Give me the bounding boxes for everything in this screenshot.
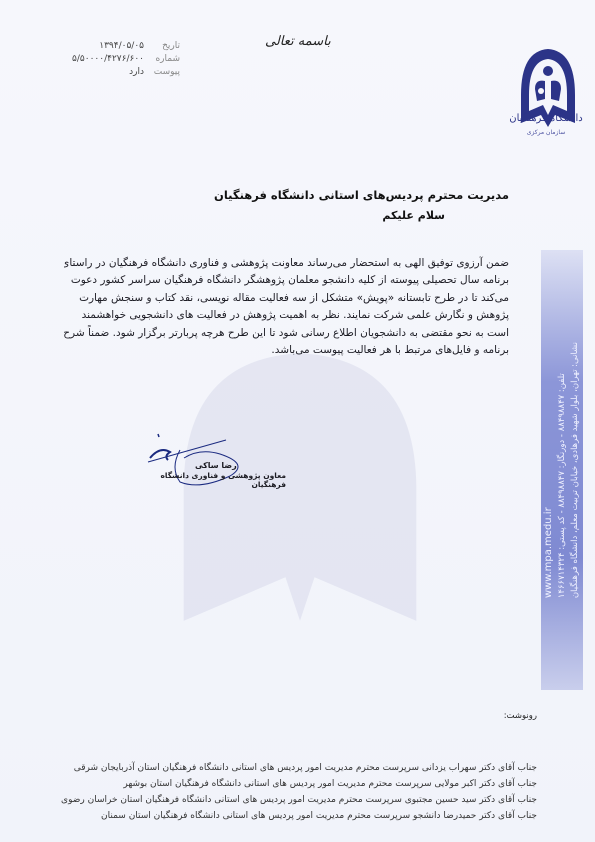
- body-line: پژوهش و نگارش علمی شرکت نمایند. نظر به ا…: [64, 307, 509, 324]
- body-line: برنامه و فایل‌های مرتبط با هر فعالیت پیو…: [64, 342, 509, 359]
- meta-attachment: پیوست دارد: [30, 66, 180, 79]
- greeting: سلام علیکم: [382, 209, 445, 222]
- meta-date: تاریخ ۱۳۹۴/۰۵/۰۵: [30, 40, 180, 53]
- body-line: است به نحو مقتضی به دانشجویان اطلاع رسان…: [64, 325, 509, 342]
- cc-label: رونوشت:: [504, 711, 537, 721]
- meta-date-value: ۱۳۹۴/۰۵/۰۵: [99, 40, 144, 53]
- cc-recipient: جناب آقای دکتر سید حسین مجتبوی سرپرست مح…: [37, 792, 537, 808]
- meta-number-value: ۵/۵۰۰۰۰/۴۲۷۶/۶۰۰: [72, 53, 144, 66]
- university-subtitle: سازمان مرکزی: [515, 129, 577, 136]
- university-name: دانشگاه فرهنگیان: [507, 113, 585, 124]
- signatory-title: معاون پژوهشی و فناوری دانشگاه فرهنگیان: [136, 471, 286, 489]
- cc-recipient: جناب آقای دکتر سهراب یزدانی سرپرست محترم…: [37, 760, 537, 776]
- side-address: نشانی: تهران، بلوار شهید فرهادی، خیابان …: [569, 342, 581, 598]
- meta-number-label: شماره: [144, 53, 180, 66]
- invocation: باسمه تعالی: [265, 34, 331, 49]
- side-phone: تلفن: ۸۸۴۹۸۸۴۷ - دورنگار: ۸۸۴۹۸۸۴۷ - کد …: [556, 342, 568, 598]
- meta-attachment-label: پیوست: [144, 66, 180, 79]
- meta-attachment-value: دارد: [129, 66, 144, 79]
- watermark-logo-icon: [150, 330, 450, 650]
- body-line: ضمن آرزوی توفیق الهی به استحضار می‌رساند…: [64, 255, 509, 272]
- cc-recipient: جناب آقای دکتر حمیدرضا دانشجو سرپرست محت…: [37, 808, 537, 824]
- body-line: برنامه سال تحصیلی پیوسته از کلیه دانشجو …: [64, 272, 509, 289]
- meta-number: شماره ۵/۵۰۰۰۰/۴۲۷۶/۶۰۰: [30, 53, 180, 66]
- cc-recipient: جناب آقای دکتر اکبر مولایی سرپرست محترم …: [37, 776, 537, 792]
- signatory-name: رضا ساکی: [195, 461, 237, 470]
- body-line: می‌کند تا در طرح تابستانه «پویش» متشکل ا…: [64, 290, 509, 307]
- letter-meta: تاریخ ۱۳۹۴/۰۵/۰۵ شماره ۵/۵۰۰۰۰/۴۲۷۶/۶۰۰ …: [30, 40, 180, 79]
- side-website: www.mpa.medu.ir: [543, 342, 555, 598]
- letter-body: ضمن آرزوی توفیق الهی به استحضار می‌رساند…: [64, 255, 509, 359]
- letter-page: نشانی: تهران، بلوار شهید فرهادی، خیابان …: [0, 0, 595, 842]
- cc-list: جناب آقای دکتر سهراب یزدانی سرپرست محترم…: [37, 760, 537, 824]
- meta-date-label: تاریخ: [144, 40, 180, 53]
- addressee: مدیریت محترم پردیس‌های استانی دانشگاه فر…: [214, 188, 509, 202]
- side-band-contact: نشانی: تهران، بلوار شهید فرهادی، خیابان …: [541, 260, 583, 680]
